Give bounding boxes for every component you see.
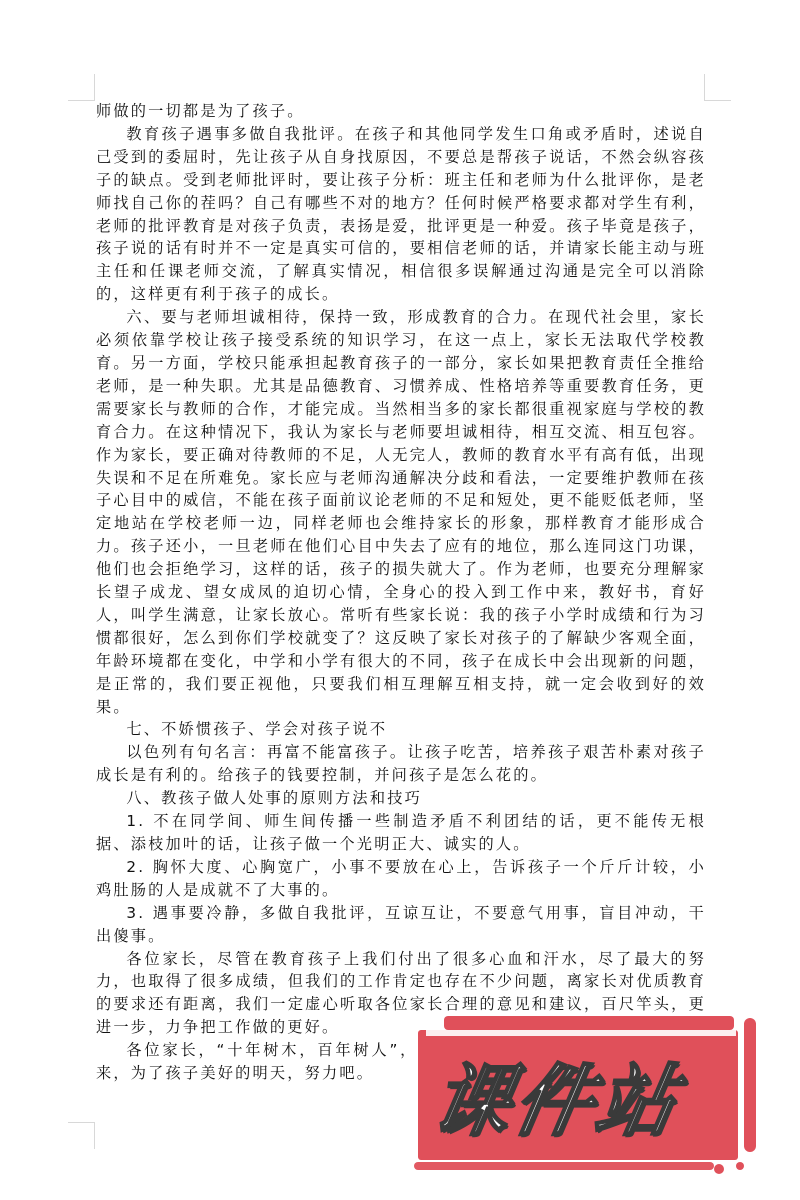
stamp-border-right <box>744 1018 756 1152</box>
paragraph-self-criticism: 教育孩子遇事多做自我批评。在孩子和其他同学发生口角或矛盾时，述说自己受到的委屈时… <box>96 123 706 306</box>
margin-corner-mark-top-right <box>704 74 731 101</box>
margin-corner-mark-top-left <box>68 74 95 101</box>
margin-corner-mark-bottom-left <box>68 1122 95 1149</box>
document-page: 师做的一切都是为了孩子。 教育孩子遇事多做自我批评。在孩子和其他同学发生口角或矛… <box>0 0 800 1200</box>
paragraph-section-six: 六、要与老师坦诚相待，保持一致，形成教育的合力。在现代社会里，家长必须依靠学校让… <box>96 306 706 718</box>
list-item-1: 1. 不在同学间、师生间传播一些制造矛盾不利团结的话，更不能传无根据、添枝加叶的… <box>96 810 706 856</box>
stamp-ink-dot <box>736 1162 744 1170</box>
document-body: 师做的一切都是为了孩子。 教育孩子遇事多做自我批评。在孩子和其他同学发生口角或矛… <box>96 100 706 1085</box>
paragraph-continuation: 师做的一切都是为了孩子。 <box>96 100 706 123</box>
list-item-2: 2. 胸怀大度、心胸宽广，小事不要放在心上，告诉孩子一个斤斤计较，小鸡肚肠的人是… <box>96 856 706 902</box>
stamp-worn-gap <box>426 1030 736 1036</box>
list-item-3: 3. 遇事要冷静，多做自我批评，互谅互让，不要意气用事，盲目冲动，干出傻事。 <box>96 902 706 948</box>
watermark-stamp-logo: 课件站 <box>414 1014 760 1170</box>
stamp-border-bottom <box>414 1162 714 1170</box>
watermark-text: 课件站 <box>426 1050 742 1140</box>
heading-section-eight: 八、教孩子做人处事的原则方法和技巧 <box>96 787 706 810</box>
stamp-border-top <box>444 1016 734 1030</box>
heading-section-seven: 七、不娇惯孩子、学会对孩子说不 <box>96 718 706 741</box>
stamp-ink-dot <box>714 1164 724 1174</box>
paragraph-section-seven: 以色列有句名言：再富不能富孩子。让孩子吃苦，培养孩子艰苦朴素对孩子成长是有利的。… <box>96 741 706 787</box>
